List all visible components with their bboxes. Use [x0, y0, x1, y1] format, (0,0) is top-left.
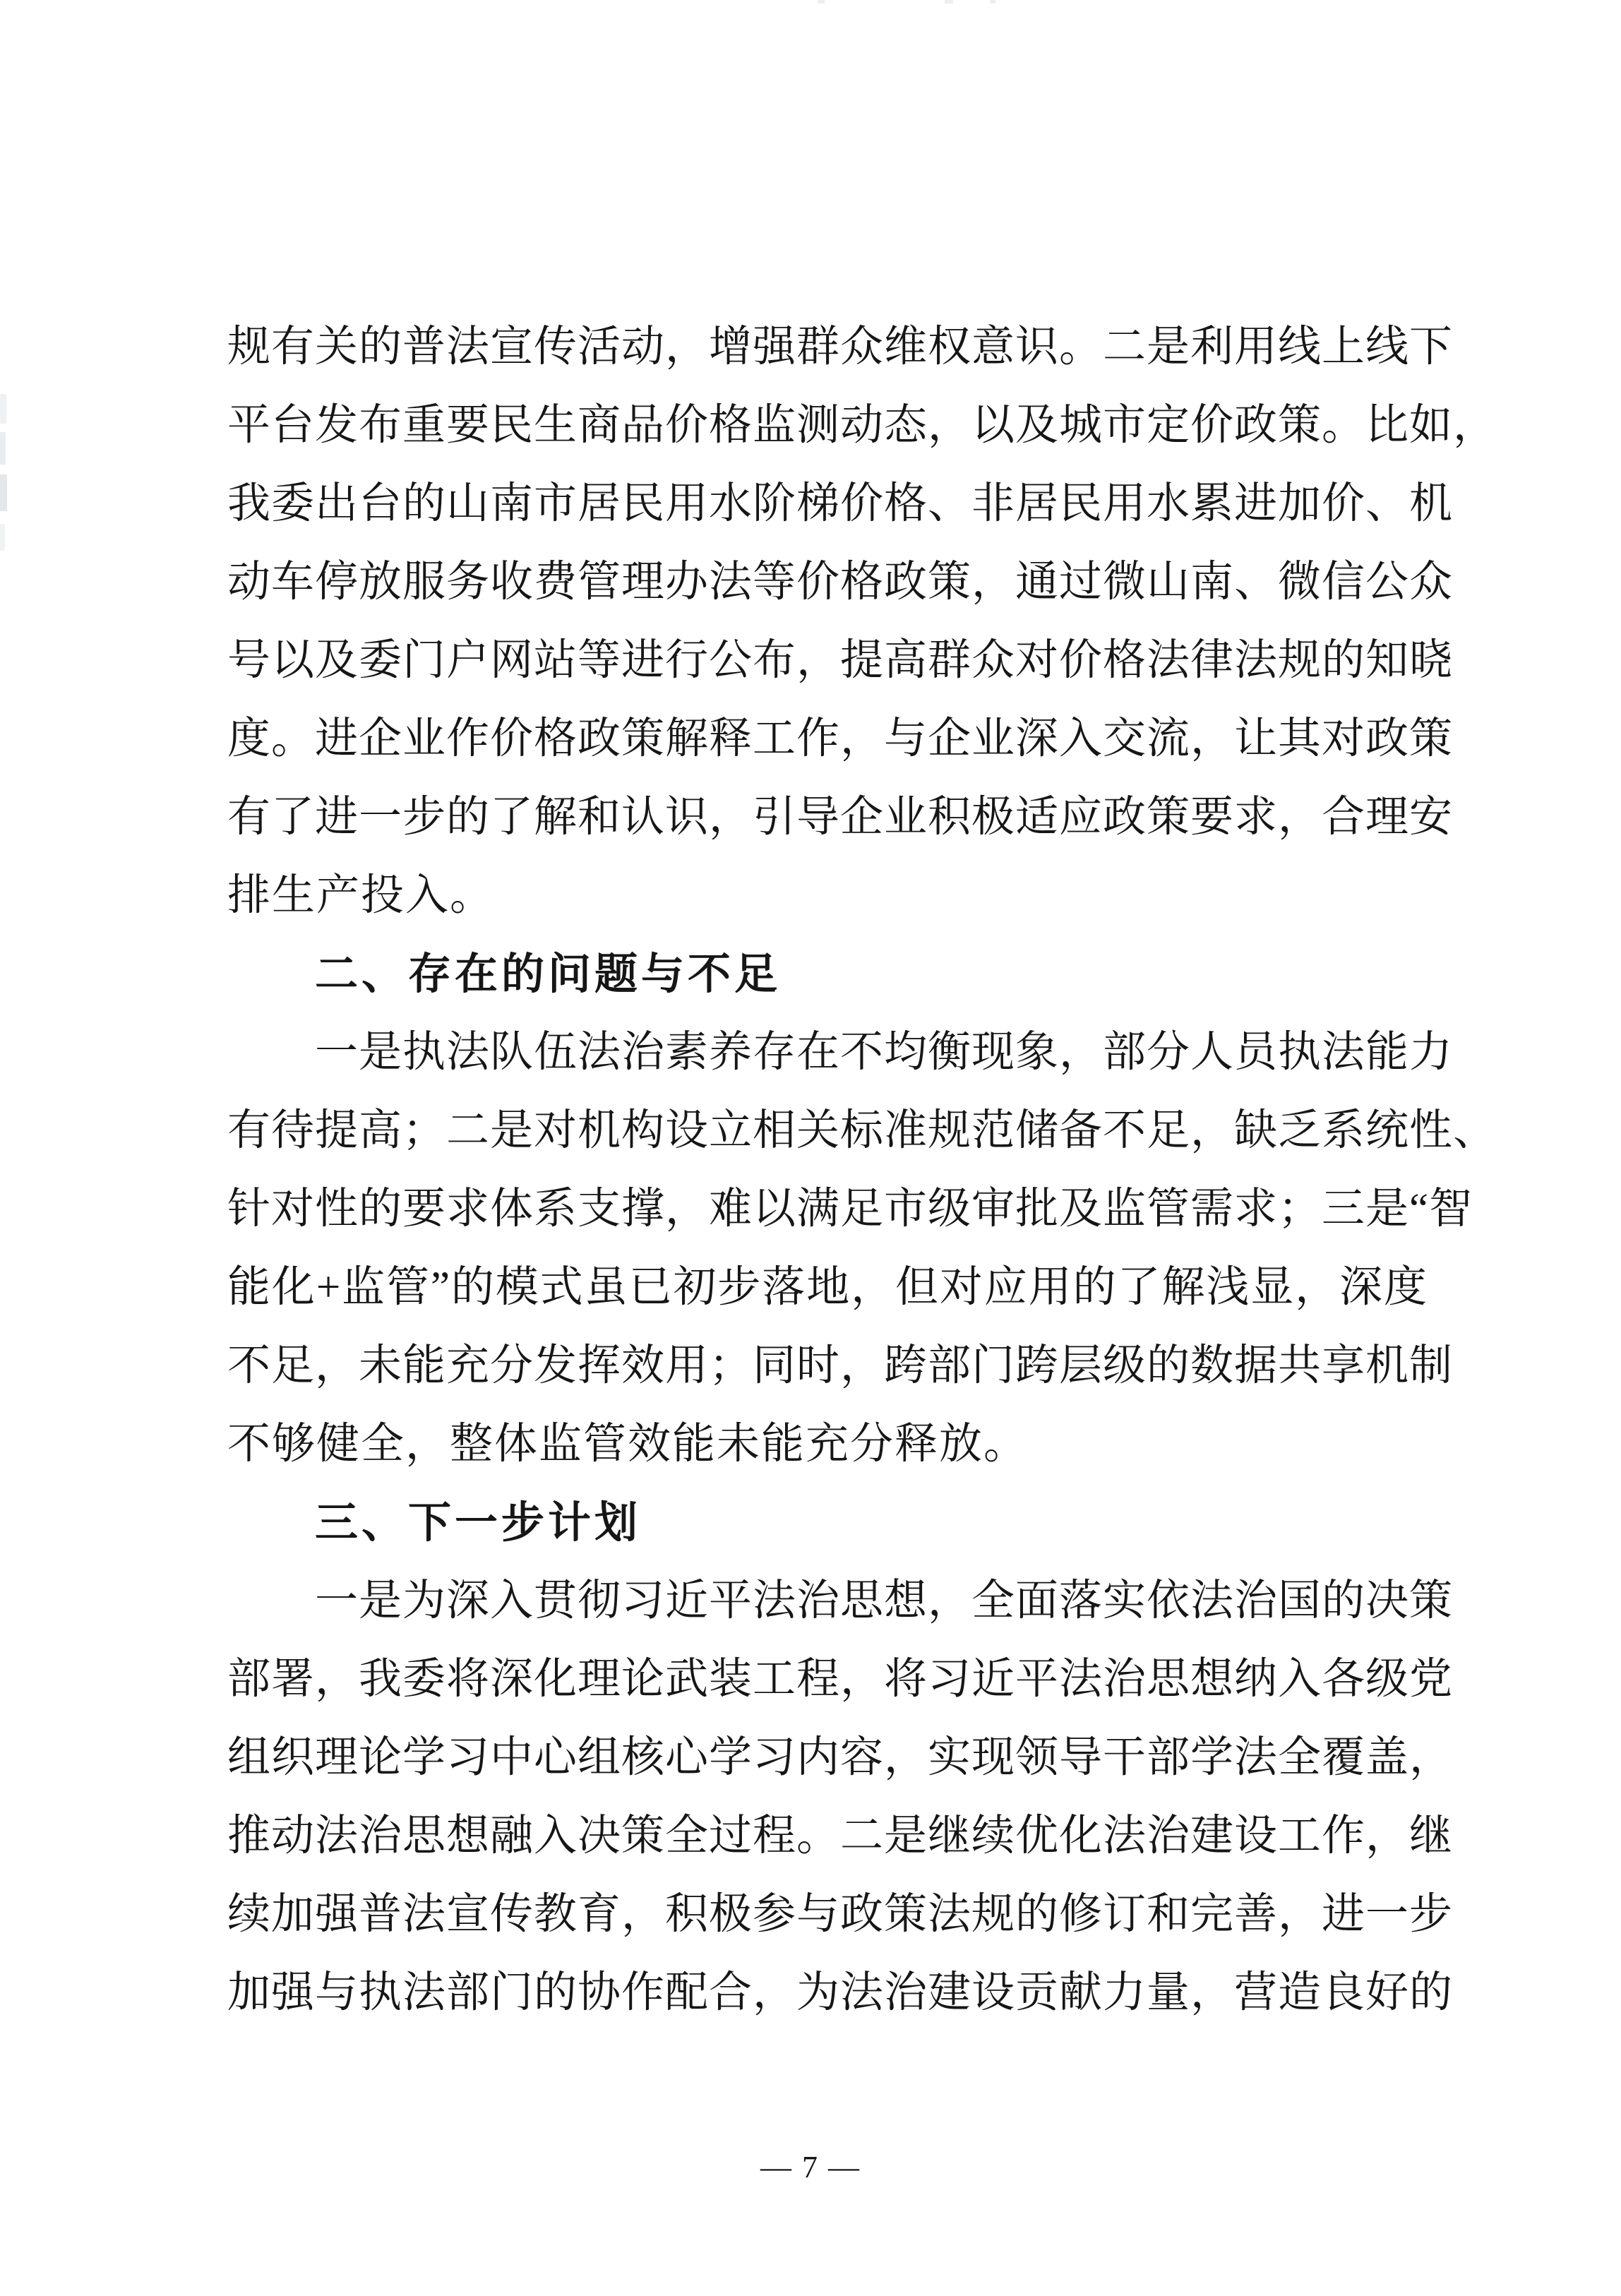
text-line: 我委出台的山南市居民用水阶梯价格、非居民用水累进加价、机 [227, 465, 1428, 543]
document-body: 规有关的普法宣传活动，增强群众维权意识。二是利用线上线下 平台发布重要民生商品价… [227, 308, 1428, 2032]
scan-artifact [0, 524, 5, 551]
text-line: 一是执法队伍法治素养存在不均衡现象，部分人员执法能力 [227, 1013, 1428, 1092]
scan-artifact [945, 0, 953, 4]
scan-artifact [0, 474, 7, 511]
page-footer: — 7 — [0, 2146, 1621, 2189]
text-line: 一是为深入贯彻习近平法治思想，全面落实依法治国的决策 [227, 1562, 1428, 1640]
scan-artifact [0, 394, 6, 424]
text-line: 推动法治思想融入决策全过程。二是继续优化法治建设工作，继 [227, 1797, 1428, 1875]
document-page: 规有关的普法宣传活动，增强群众维权意识。二是利用线上线下 平台发布重要民生商品价… [0, 0, 1621, 2296]
text-line: 号以及委门户网站等进行公布，提高群众对价格法律法规的知晓 [227, 621, 1428, 700]
text-line: 针对性的要求体系支撑，难以满足市级审批及监管需求；三是“智 [227, 1170, 1428, 1248]
text-line: 加强与执法部门的协作配合，为法治建设贡献力量，营造良好的 [227, 1954, 1428, 2032]
scan-artifact [818, 0, 825, 4]
text-line: 不够健全，整体监管效能未能充分释放。 [227, 1405, 1428, 1483]
text-line: 动车停放服务收费管理办法等价格政策，通过微山南、微信公众 [227, 543, 1428, 621]
text-line: 有了进一步的了解和认识，引导企业积极适应政策要求，合理安 [227, 778, 1428, 856]
text-line: 能化+监管”的模式虽已初步落地，但对应用的了解浅显，深度 [227, 1248, 1428, 1327]
section-heading-next-steps: 三、下一步计划 [227, 1483, 1428, 1562]
section-heading-problems: 二、存在的问题与不足 [227, 935, 1428, 1013]
text-line: 不足，未能充分发挥效用；同时，跨部门跨层级的数据共享机制 [227, 1327, 1428, 1405]
scan-artifact [0, 432, 6, 465]
text-line: 规有关的普法宣传活动，增强群众维权意识。二是利用线上线下 [227, 308, 1428, 386]
text-line: 度。进企业作价格政策解释工作，与企业深入交流，让其对政策 [227, 700, 1428, 778]
text-line: 有待提高；二是对机构设立相关标准规范储备不足，缺乏系统性、 [227, 1092, 1428, 1170]
text-line: 续加强普法宣传教育，积极参与政策法规的修订和完善，进一步 [227, 1875, 1428, 1954]
page-number: — 7 — [760, 2150, 861, 2184]
text-line: 平台发布重要民生商品价格监测动态，以及城市定价政策。比如， [227, 386, 1428, 465]
scan-artifact [990, 0, 995, 4]
text-line: 排生产投入。 [227, 856, 1428, 935]
text-line: 组织理论学习中心组核心学习内容，实现领导干部学法全覆盖， [227, 1718, 1428, 1797]
text-line: 部署，我委将深化理论武装工程，将习近平法治思想纳入各级党 [227, 1640, 1428, 1718]
